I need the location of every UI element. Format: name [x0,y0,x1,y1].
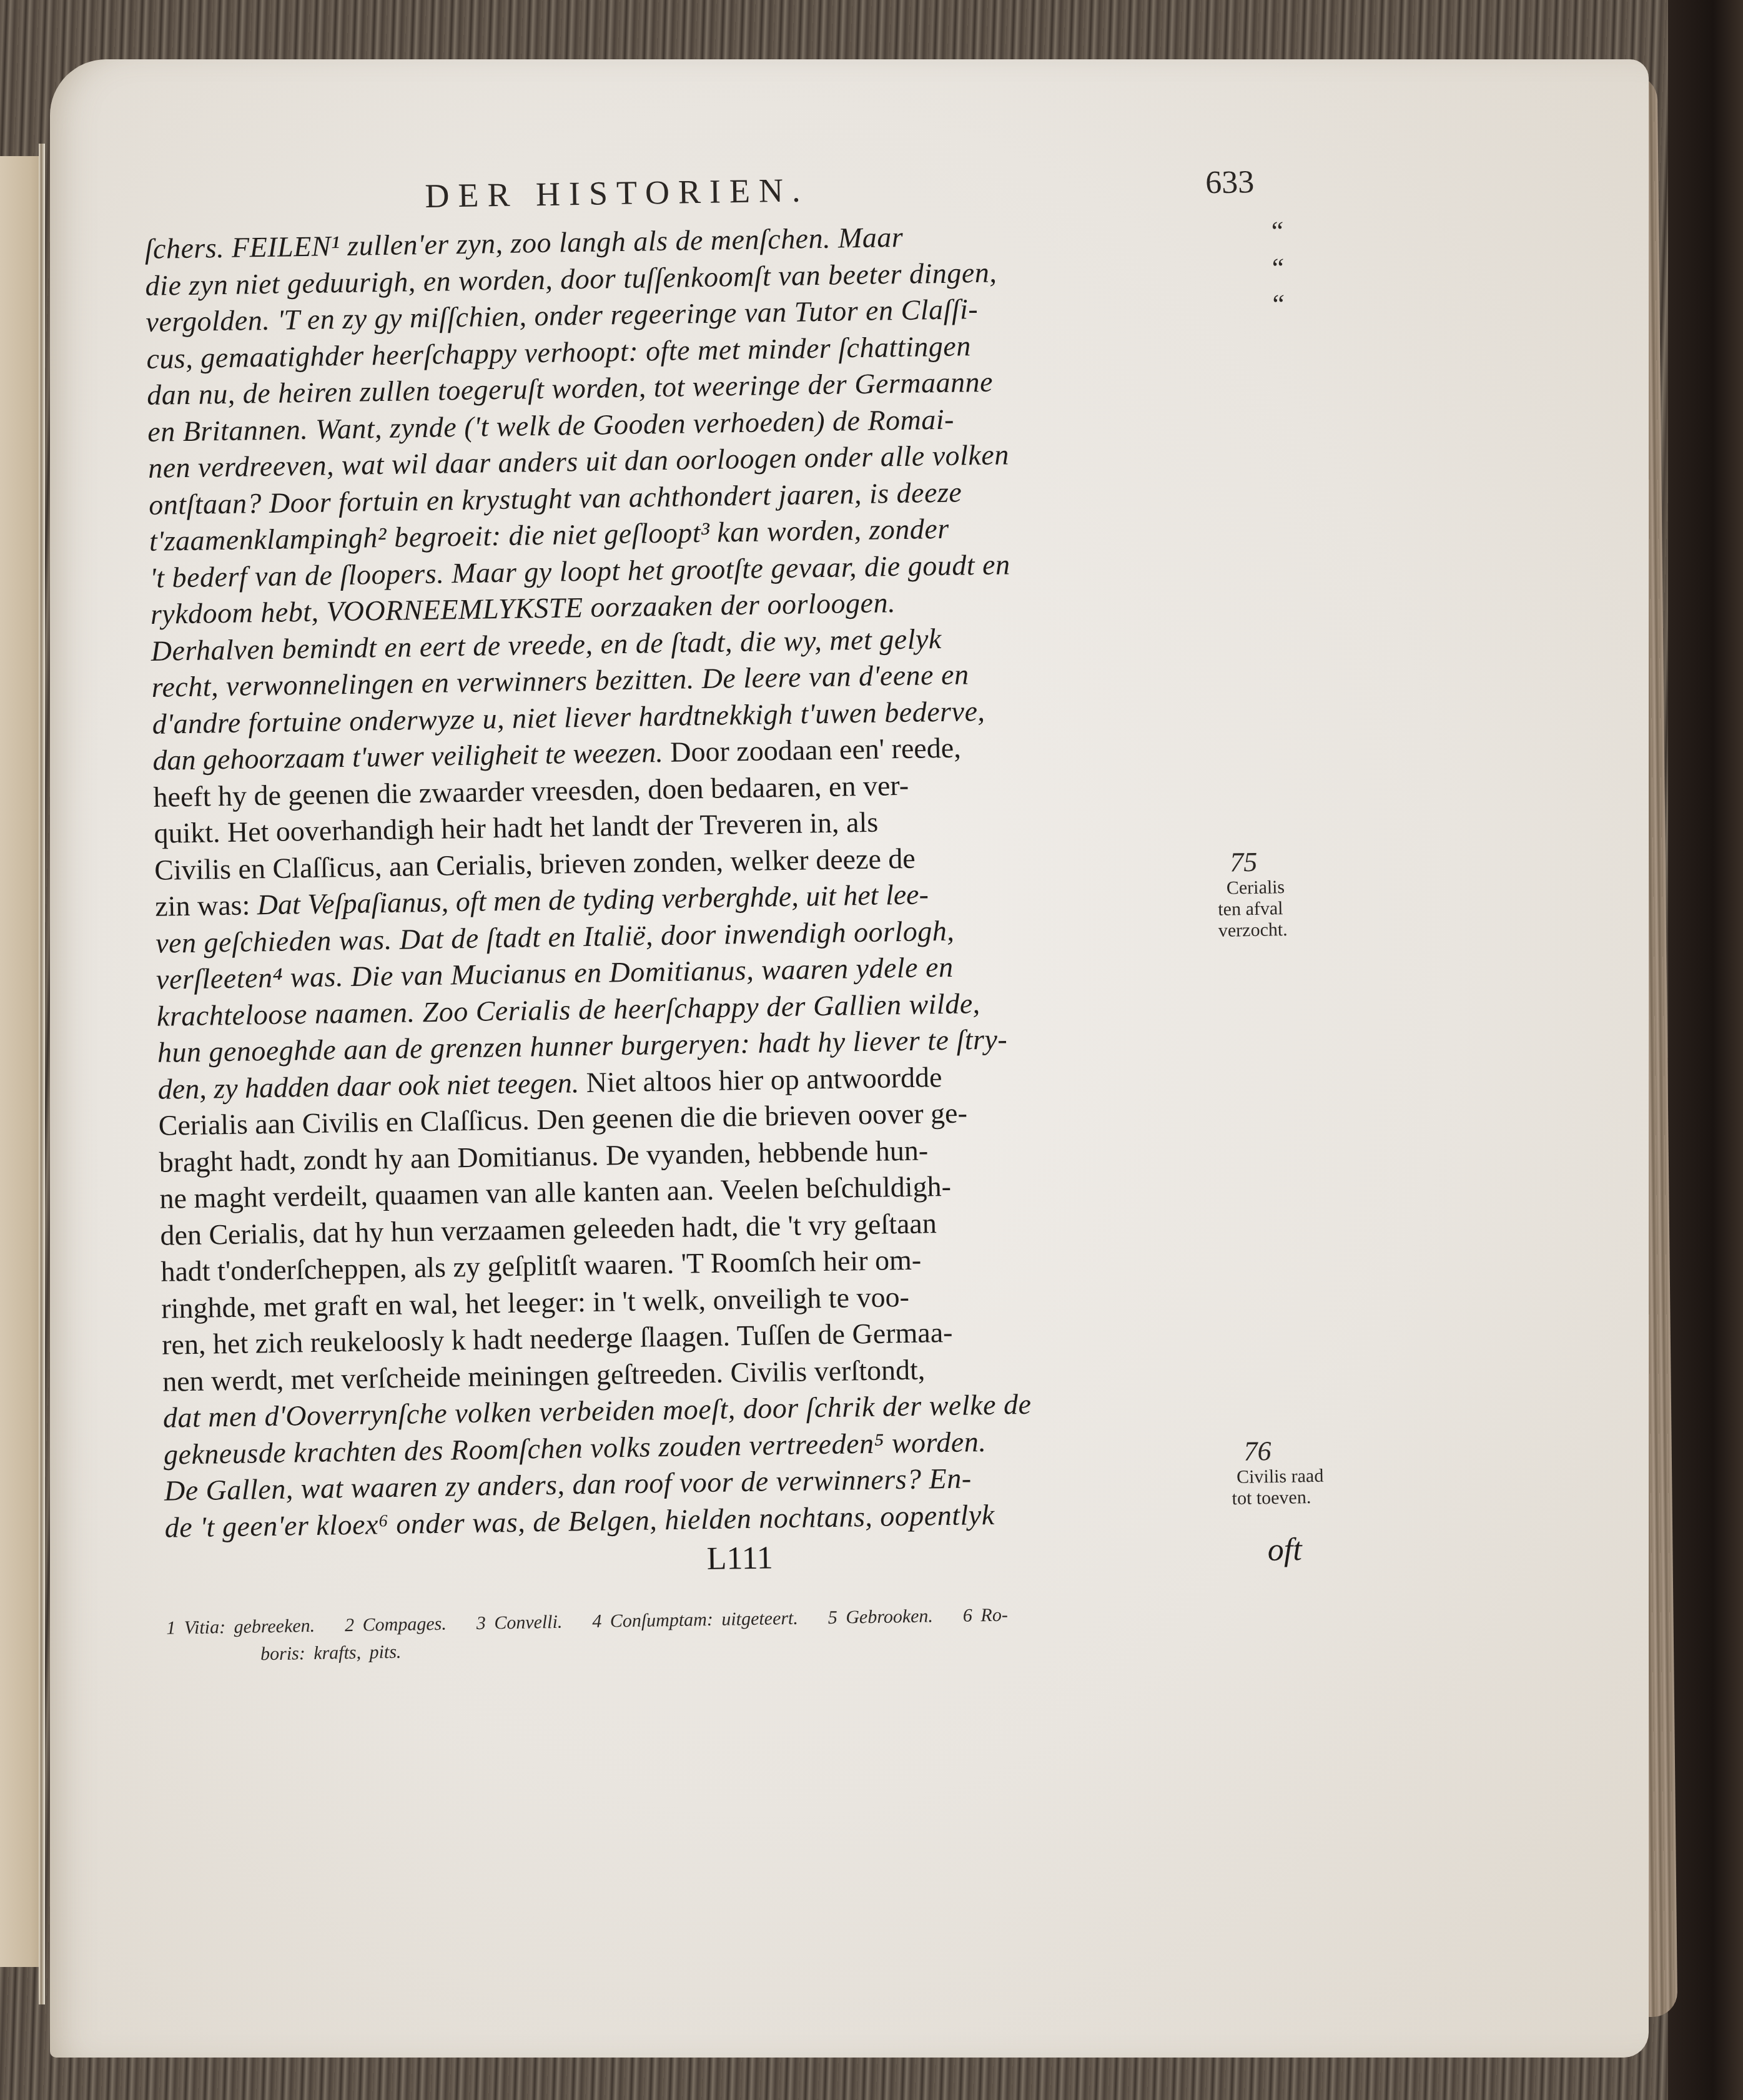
wood-table-background [1668,0,1743,2100]
italic-text: dan gehoorzaam t'uwer veiligheit te weez… [152,736,663,776]
margin-note-line: Civilis raad [1232,1466,1324,1488]
book-gutter [39,144,45,2004]
footnote: 4 Conſumptam: uitgeteert. [592,1608,798,1632]
book-page: DER HISTORIEN. 633 ſchers. FEILEN¹ zulle… [50,59,1649,2058]
quotation-mark: “ [1268,213,1285,250]
signature-mark: L111 [706,1540,773,1577]
margin-note-number: 76 [1231,1436,1323,1467]
quotation-mark: “ [1269,250,1285,287]
roman-text: Niet altoos hier op antwoordde [579,1061,942,1098]
footnote: 3 Convelli. [476,1612,562,1634]
body-text: ſchers. FEILEN¹ zullen'er zyn, zoo langh… [144,213,1301,1545]
margin-note-76: 76 Civilis raad tot toeven. [1231,1436,1324,1509]
roman-text: Door zoodaan een' reede, [663,732,961,768]
roman-text: zin was: [155,889,257,922]
margin-note-number: 75 [1217,847,1287,878]
margin-note-75: 75 Cerialis ten afval verzocht. [1217,847,1288,942]
margin-note-line: verzocht. [1218,919,1288,942]
margin-note-line: tot toeven. [1232,1487,1324,1509]
margin-note-line: Cerialis [1218,877,1287,899]
footnote: 5 Gebrooken. [828,1605,934,1628]
footnote: 6 Ro- [963,1605,1008,1626]
catchword: oft [1267,1528,1302,1572]
footnote: 1 Vitia: gebreeken. [166,1615,315,1639]
facing-page-edge [0,156,44,1967]
margin-note-line: ten afval [1218,898,1287,920]
running-title: DER HISTORIEN. [425,170,809,215]
footnote: 2 Compages. [345,1614,447,1636]
italic-text: den, zy hadden daar ook niet teegen. [157,1067,579,1105]
page-number: 633 [1205,164,1255,201]
quotation-mark: “ [1270,286,1286,323]
text-block: DER HISTORIEN. 633 ſchers. FEILEN¹ zulle… [144,163,1303,1669]
footnotes: 1 Vitia: gebreeken.2 Compages.3 Convelli… [166,1597,1303,1670]
